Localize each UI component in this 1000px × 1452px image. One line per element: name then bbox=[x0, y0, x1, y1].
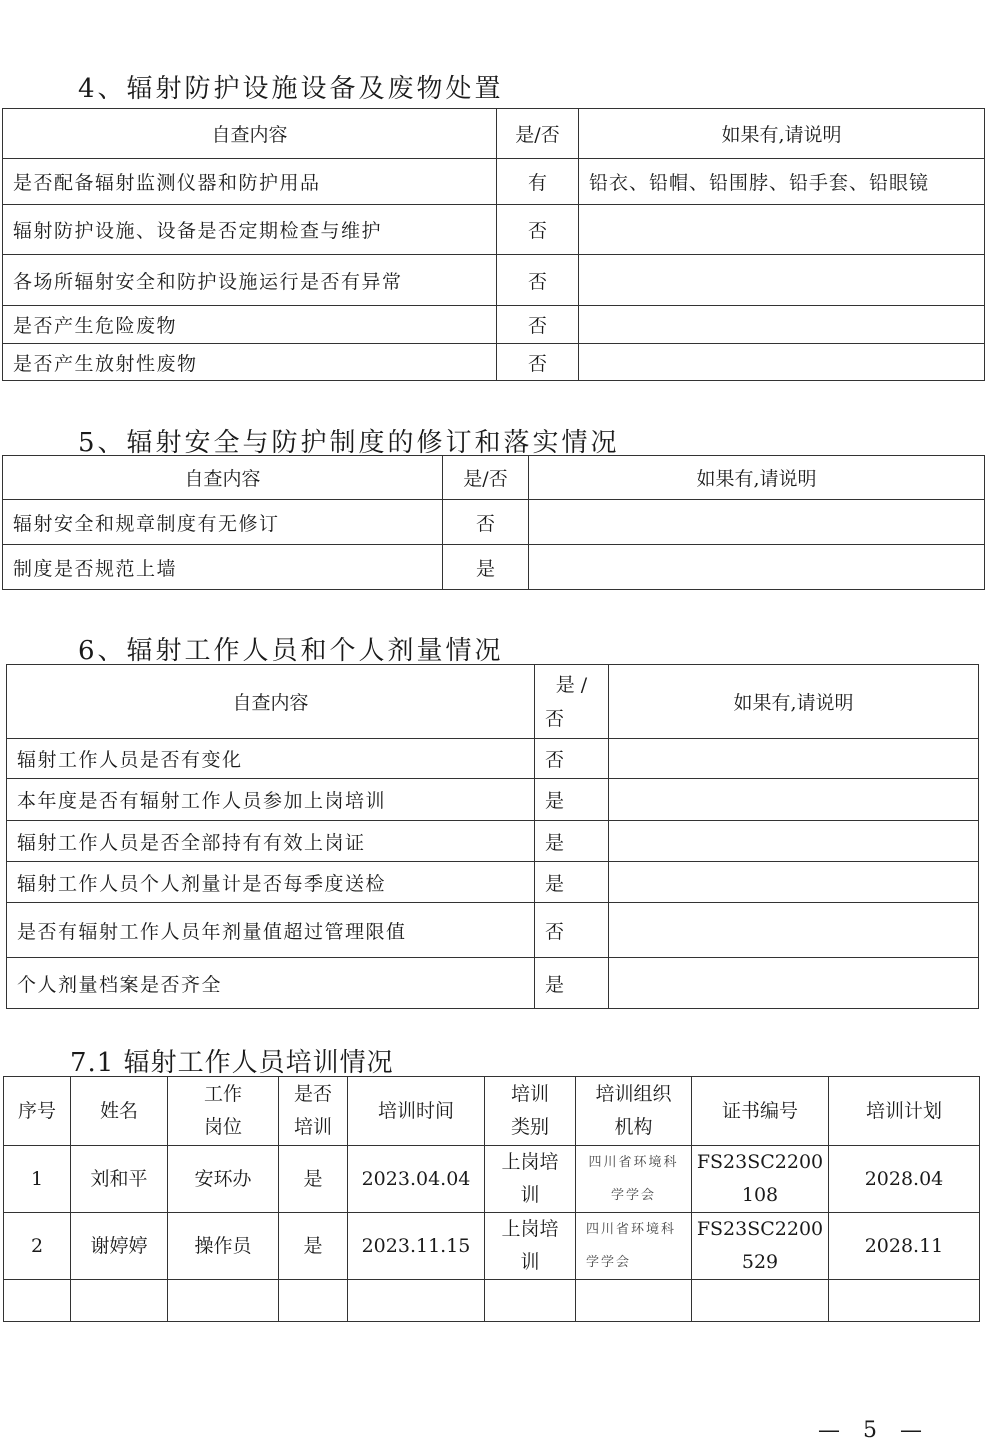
table-row: 辐射工作人员个人剂量计是否每季度送检 是 bbox=[7, 862, 979, 903]
header-no: 序号 bbox=[4, 1077, 71, 1146]
table-row: 辐射工作人员是否有变化 否 bbox=[7, 739, 979, 779]
header-item: 自查内容 bbox=[3, 456, 443, 500]
table-row: 制度是否规范上墙 是 bbox=[3, 545, 985, 590]
header-answer: 是/否 bbox=[443, 456, 529, 500]
section-4-title: 4、辐射防护设施设备及废物处置 bbox=[78, 68, 504, 105]
header-name: 姓名 bbox=[71, 1077, 168, 1146]
table-row: 是否产生放射性废物 否 bbox=[3, 344, 985, 381]
header-cert: 证书编号 bbox=[692, 1077, 829, 1146]
table-row: 各场所辐射安全和防护设施运行是否有异常 否 bbox=[3, 255, 985, 306]
table-row: 2 谢婷婷 操作员 是 2023.11.15 上岗培训 四川省环境科学学会 FS… bbox=[4, 1213, 980, 1280]
table-row-empty bbox=[4, 1280, 980, 1322]
header-answer: 是 / 否 bbox=[535, 665, 609, 739]
header-plan: 培训计划 bbox=[829, 1077, 980, 1146]
header-item: 自查内容 bbox=[3, 109, 497, 159]
table-row: 是否配备辐射监测仪器和防护用品 有 铅衣、铅帽、铅围脖、铅手套、铅眼镜 bbox=[3, 159, 985, 205]
header-note: 如果有,请说明 bbox=[529, 456, 985, 500]
section-6-table: 自查内容 是 / 否 如果有,请说明 辐射工作人员是否有变化 否 本年度是否有辐… bbox=[6, 664, 979, 1009]
table-row: 1 刘和平 安环办 是 2023.04.04 上岗培训 四川省环境科学学会 FS… bbox=[4, 1146, 980, 1213]
page-number: — 5 — bbox=[818, 1418, 930, 1443]
header-date: 培训时间 bbox=[348, 1077, 485, 1146]
header-trained: 是否培训 bbox=[279, 1077, 348, 1146]
table-row: 是否产生危险废物 否 bbox=[3, 306, 985, 344]
header-org: 培训组织机构 bbox=[576, 1077, 692, 1146]
header-post: 工作岗位 bbox=[168, 1077, 279, 1146]
header-item: 自查内容 bbox=[7, 665, 535, 739]
table-row: 辐射工作人员是否全部持有有效上岗证 是 bbox=[7, 821, 979, 862]
header-answer: 是/否 bbox=[497, 109, 579, 159]
section-7-1-title: 7.1 辐射工作人员培训情况 bbox=[70, 1042, 394, 1079]
table-row: 本年度是否有辐射工作人员参加上岗培训 是 bbox=[7, 779, 979, 821]
header-note: 如果有,请说明 bbox=[609, 665, 979, 739]
header-note: 如果有,请说明 bbox=[579, 109, 985, 159]
header-type: 培训类别 bbox=[485, 1077, 576, 1146]
table-row: 辐射安全和规章制度有无修订 否 bbox=[3, 500, 985, 545]
table-row: 个人剂量档案是否齐全 是 bbox=[7, 958, 979, 1009]
section-4-table: 自查内容 是/否 如果有,请说明 是否配备辐射监测仪器和防护用品 有 铅衣、铅帽… bbox=[2, 108, 985, 381]
section-6-title: 6、辐射工作人员和个人剂量情况 bbox=[78, 630, 504, 667]
table-row: 辐射防护设施、设备是否定期检查与维护 否 bbox=[3, 205, 985, 255]
training-table: 序号 姓名 工作岗位 是否培训 培训时间 培训类别 培训组织机构 证书编号 培训… bbox=[3, 1076, 980, 1322]
section-5-table: 自查内容 是/否 如果有,请说明 辐射安全和规章制度有无修订 否 制度是否规范上… bbox=[2, 455, 985, 590]
table-row: 是否有辐射工作人员年剂量值超过管理限值 否 bbox=[7, 903, 979, 958]
section-5-title: 5、辐射安全与防护制度的修订和落实情况 bbox=[78, 422, 620, 459]
